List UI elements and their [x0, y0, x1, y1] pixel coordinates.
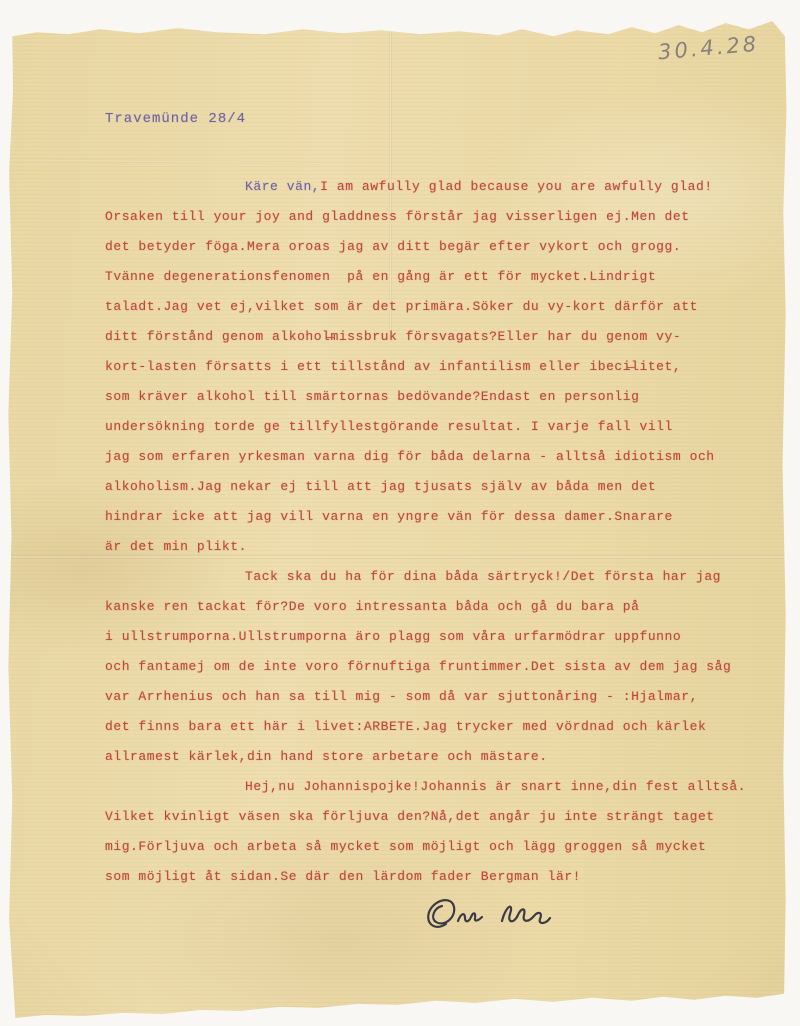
letter-line: alkoholism.Jag nekar ej till att jag tju… [105, 472, 765, 502]
letter-line-text: ditt förstånd genom alkohol̶missbruk för… [105, 329, 681, 344]
letter-line: som kräver alkohol till smärtornas bedöv… [105, 382, 765, 412]
letter-line-text: alkoholism.Jag nekar ej till att jag tju… [105, 479, 656, 494]
handwritten-date: 30.4.28 [657, 32, 760, 65]
letter-line: mig.Förljuva och arbeta så mycket som mö… [105, 832, 765, 862]
letter-line: i ullstrumporna.Ullstrumporna äro plagg … [105, 622, 765, 652]
letter-line-text: kanske ren tackat för?De voro intressant… [105, 599, 639, 614]
letter-line: jag som erfaren yrkesman varna dig för b… [105, 442, 765, 472]
letter-line-text: det finns bara ett här i livet:ARBETE.Ja… [105, 719, 706, 734]
letter-line: Vilket kvinligt väsen ska förljuva den?N… [105, 802, 765, 832]
letter-line: Hej,nu Johannispojke!Johannis är snart i… [105, 772, 765, 802]
letter-line: Käre vän,I am awfully glad because you a… [105, 172, 765, 202]
letter-line: hindrar icke att jag vill varna en yngre… [105, 502, 765, 532]
letter-line-lead: Käre vän, [245, 179, 320, 194]
letter-line-text: är det min plikt. [105, 539, 247, 554]
letter-body: Käre vän,I am awfully glad because you a… [105, 172, 765, 892]
letter-line-text: I am awfully glad because you are awfull… [320, 179, 713, 194]
letter-line-text: i ullstrumporna.Ullstrumporna äro plagg … [105, 629, 681, 644]
letter-paper: 30.4.28 Travemünde 28/4 Käre vän,I am aw… [6, 10, 788, 1020]
letter-line: och fantamej om de inte voro förnuftiga … [105, 652, 765, 682]
letter-line: taladt.Jag vet ej,vilket som är det prim… [105, 292, 765, 322]
letter-line-text: allramest kärlek,din hand store arbetare… [105, 749, 548, 764]
letter-line-text: och fantamej om de inte voro förnuftiga … [105, 659, 731, 674]
letter-line-text: Vilket kvinligt väsen ska förljuva den?N… [105, 809, 715, 824]
letter-line: är det min plikt. [105, 532, 765, 562]
letter-line: som möjligt åt sidan.Se där den lärdom f… [105, 862, 765, 892]
letter-line-text: var Arrhenius och han sa till mig - som … [105, 689, 698, 704]
fold-crease-top [6, 158, 319, 164]
signature [410, 890, 570, 950]
letter-line: allramest kärlek,din hand store arbetare… [105, 742, 765, 772]
letter-line-text: Tvänne degenerationsfenomen på en gång ä… [105, 269, 656, 284]
letter-line: det betyder föga.Mera oroas jag av ditt … [105, 232, 765, 262]
letter-line: det finns bara ett här i livet:ARBETE.Ja… [105, 712, 765, 742]
letter-line: kanske ren tackat för?De voro intressant… [105, 592, 765, 622]
letter-line-text: som kräver alkohol till smärtornas bedöv… [105, 389, 639, 404]
signature-scribble [410, 890, 570, 950]
letter-line: undersökning torde ge tillfyllestgörande… [105, 412, 765, 442]
letter-line: ditt förstånd genom alkohol̶missbruk för… [105, 322, 765, 352]
letter-line: var Arrhenius och han sa till mig - som … [105, 682, 765, 712]
letter-line-text: Tack ska du ha för dina båda särtryck!/D… [245, 569, 721, 584]
letter-line: Tack ska du ha för dina båda särtryck!/D… [105, 562, 765, 592]
letter-line-text: taladt.Jag vet ej,vilket som är det prim… [105, 299, 698, 314]
letter-line-text: jag som erfaren yrkesman varna dig för b… [105, 449, 715, 464]
letter-line-text: hindrar icke att jag vill varna en yngre… [105, 509, 673, 524]
letter-line: kort-lasten försatts i ett tillstånd av … [105, 352, 765, 382]
letter-line-text: Hej,nu Johannispojke!Johannis är snart i… [245, 779, 746, 794]
letter-line-text: mig.Förljuva och arbeta så mycket som mö… [105, 839, 706, 854]
letter-line-text: det betyder föga.Mera oroas jag av ditt … [105, 239, 681, 254]
dateline: Travemünde 28/4 [105, 111, 246, 127]
letter-line-text: Orsaken till your joy and gladdness förs… [105, 209, 690, 224]
letter-line: Orsaken till your joy and gladdness förs… [105, 202, 765, 232]
letter-line-text: som möjligt åt sidan.Se där den lärdom f… [105, 869, 581, 884]
letter-line-text: undersökning torde ge tillfyllestgörande… [105, 419, 673, 434]
letter-line-text: kort-lasten försatts i ett tillstånd av … [105, 359, 681, 374]
letter-line: Tvänne degenerationsfenomen på en gång ä… [105, 262, 765, 292]
